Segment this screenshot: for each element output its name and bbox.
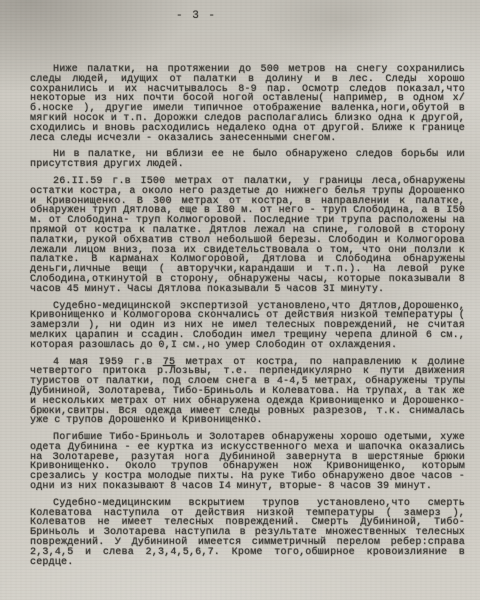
paragraph: Ни в палатке, ни вблизи ее не было обнар… (30, 150, 465, 170)
underlined-text: 75 (163, 357, 175, 368)
document-body: Ниже палатки, на протяжении до 500 метро… (30, 65, 465, 567)
scanned-document-page: - 3 - Ниже палатки, на протяжении до 500… (0, 0, 480, 600)
paragraph: Погибшие Тибо-Бриньоль и Золотарев обнар… (30, 433, 465, 492)
paragraph: Ниже палатки, на протяжении до 500 метро… (30, 65, 465, 143)
paragraph: Судебно-медицинской экспертизой установл… (30, 302, 465, 351)
paragraph: 4 мая I959 г.в 75 метрах от костра, по н… (30, 358, 465, 427)
paragraph: 26.II.59 г.в I500 метрах от палатки, у г… (30, 177, 465, 295)
paragraph: Судебно-медицинским вскрытием трупов уст… (30, 499, 465, 568)
page-number: - 3 - (176, 10, 217, 22)
